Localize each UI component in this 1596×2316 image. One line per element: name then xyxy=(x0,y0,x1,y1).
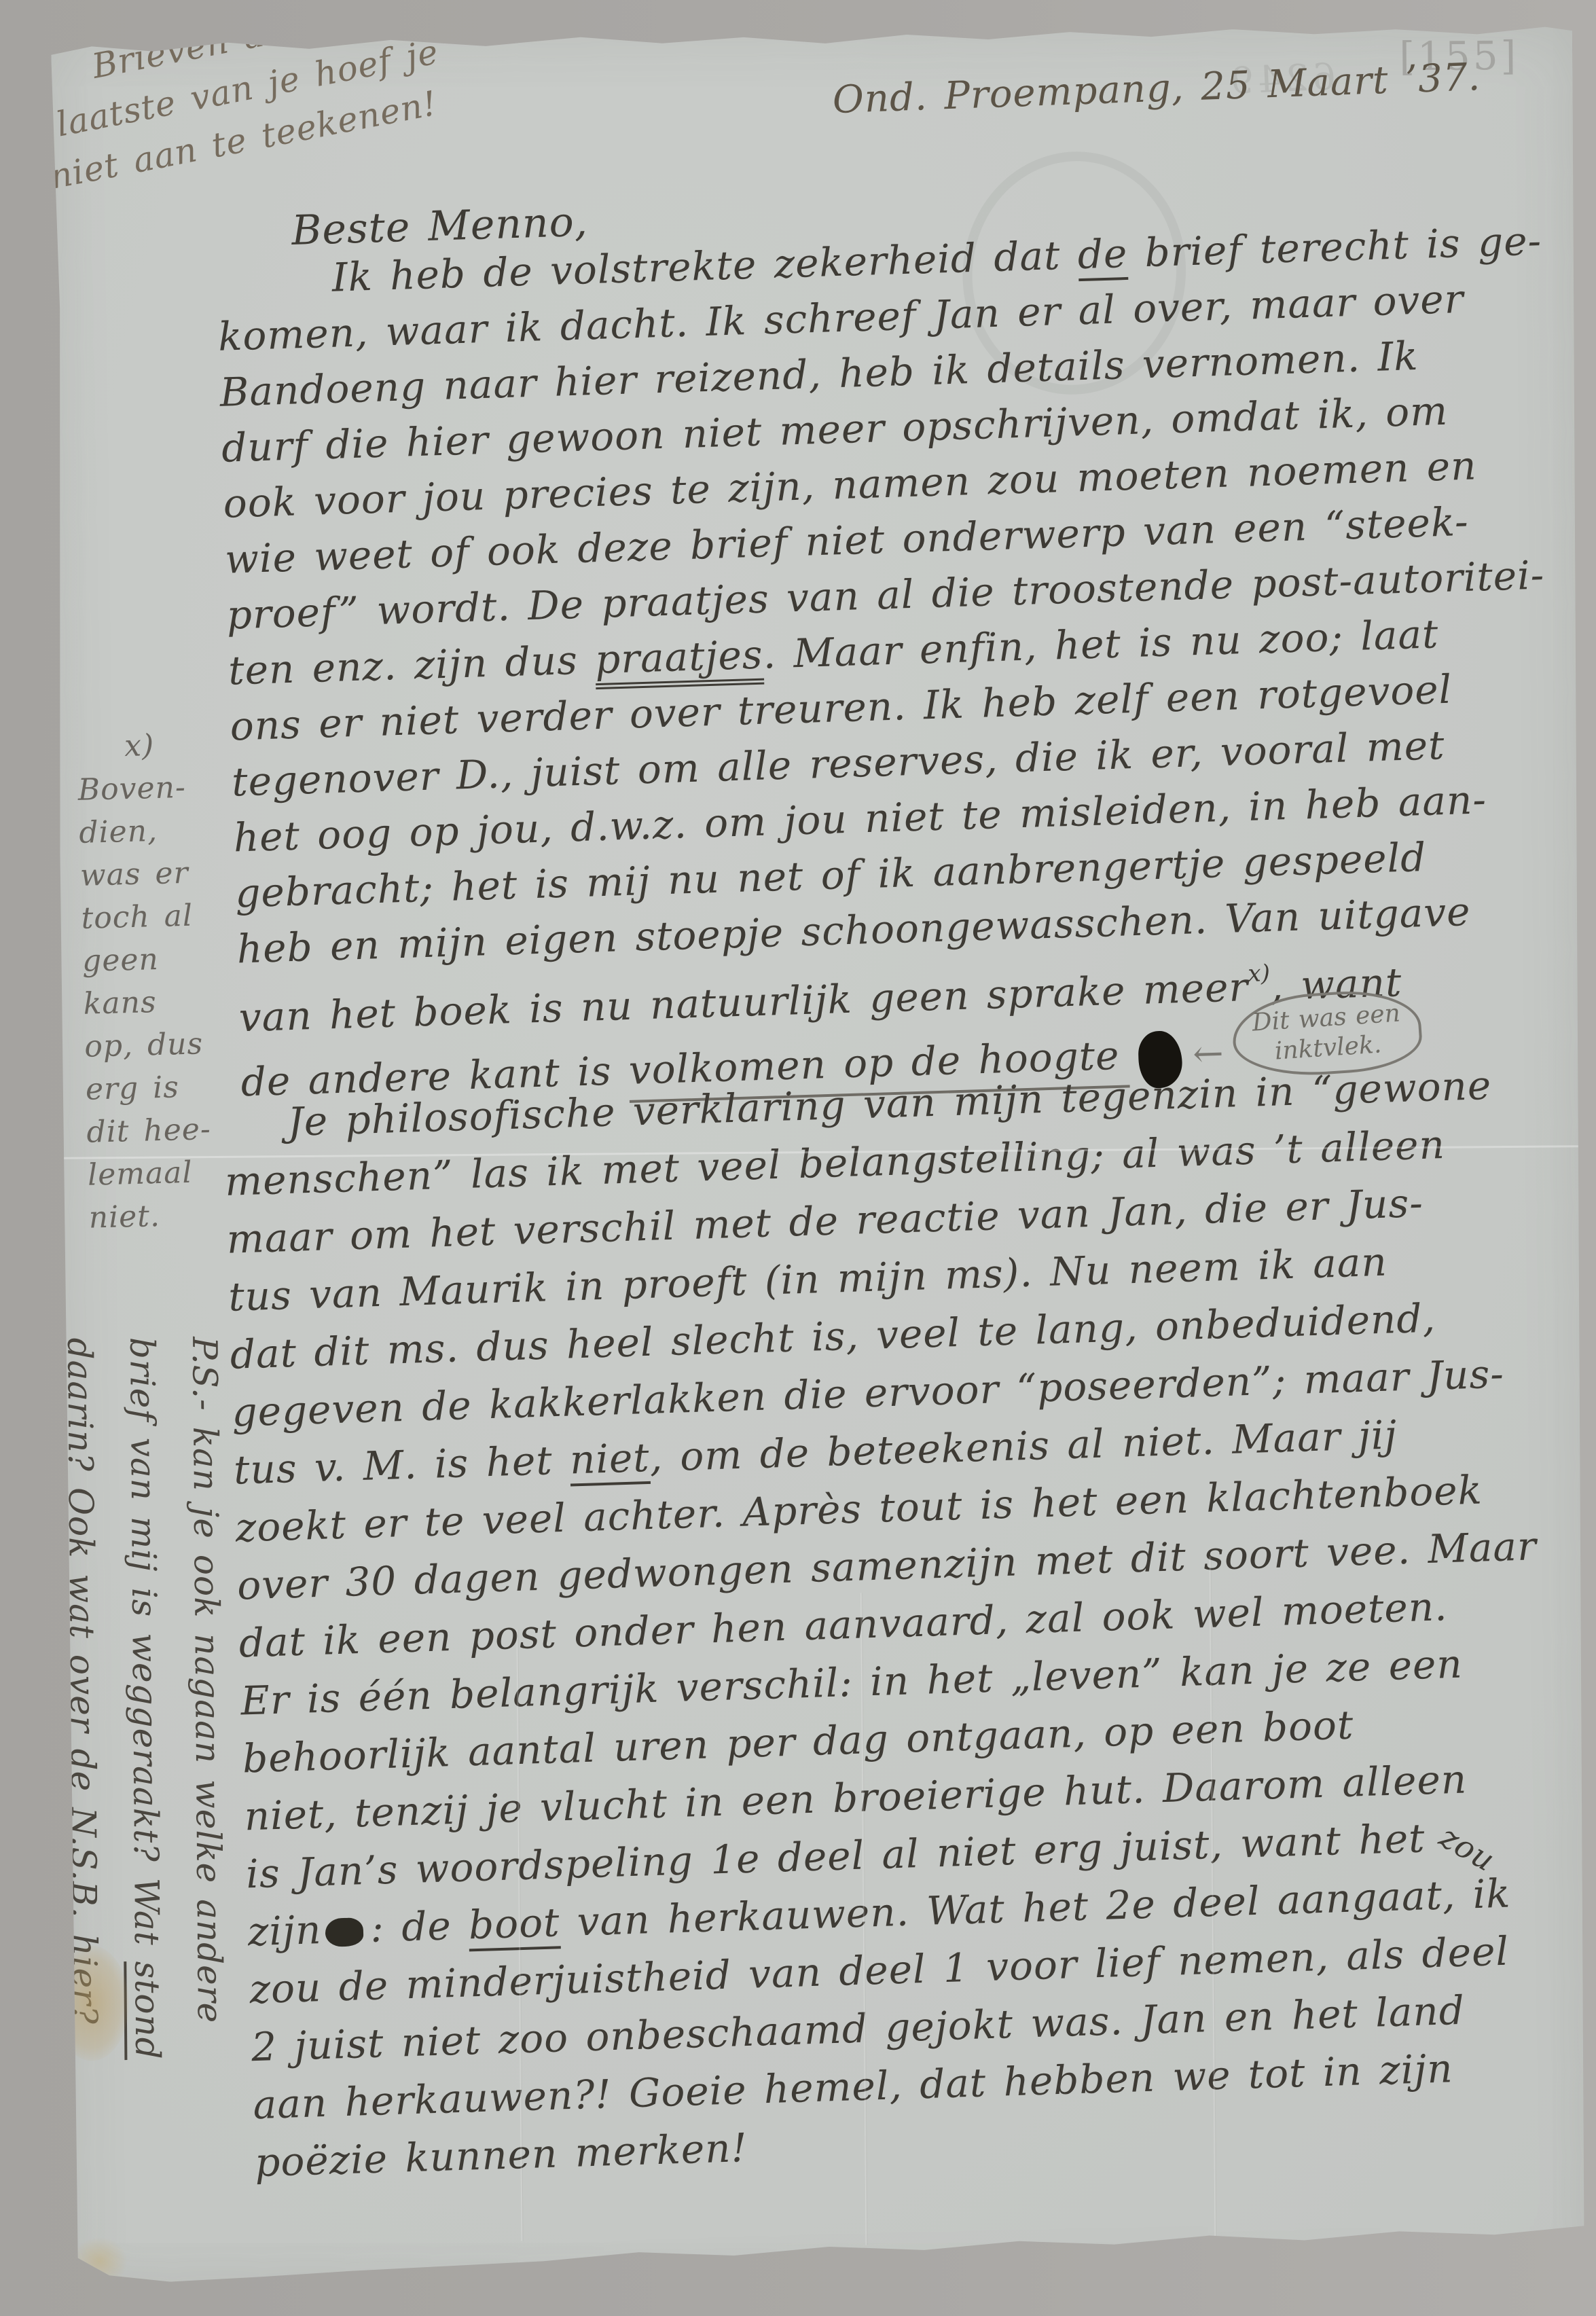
line-text: : de xyxy=(369,1902,469,1951)
underlined-word: stond xyxy=(124,1961,167,2060)
postscript-line: daarin? Ook wat over de N.S.B. hier? xyxy=(48,1337,118,2302)
paper-stain xyxy=(72,2237,127,2285)
postscript-line: brief van mij is weggeraakt? Wat stond xyxy=(111,1337,181,2302)
paragraph-1: Ik heb de volstrekte zekerheid dat de br… xyxy=(216,211,1596,1089)
double-underlined-word: praatjes xyxy=(594,632,764,690)
line-text: brief terecht is ge- xyxy=(1127,217,1542,276)
line-text: tus v. M. is het xyxy=(233,1437,570,1494)
footnote-marker: x) xyxy=(1248,960,1271,988)
postscript-vertical: P.S.- kan je ook nagaan welke andere bri… xyxy=(48,1337,243,2302)
correction-blot xyxy=(325,1917,364,1947)
line-text: zijn xyxy=(247,1906,322,1955)
letter-paper: Brieven als deze laatste van je hoef je … xyxy=(51,25,1590,2286)
footnote-line: geen xyxy=(81,935,259,983)
footnote-line: kans xyxy=(83,978,261,1026)
postscript-line: P.S.- kan je ook nagaan welke andere xyxy=(173,1337,243,2302)
paper-stain xyxy=(54,1945,129,2061)
footnote-line: was er xyxy=(79,850,257,897)
footnote-line: toch al xyxy=(81,892,259,940)
footnote-line: op, dus xyxy=(84,1021,262,1068)
paragraph-2: Je philosofische verklaring van mijn teg… xyxy=(222,1053,1596,2192)
dateline: Ond. Proempang, 25 Maart ’37. xyxy=(832,55,1481,122)
scanner-background: Brieven als deze laatste van je hoef je … xyxy=(0,0,1596,2316)
footnote-marker: x) xyxy=(124,721,254,767)
footnote-line: dien, xyxy=(79,807,257,854)
underlined-word: de xyxy=(1077,230,1129,281)
line-text: ten enz. zijn dus xyxy=(228,636,596,693)
underlined-word: niet xyxy=(569,1434,651,1487)
registration-note: Brieven als deze laatste van je hoef je … xyxy=(61,0,452,196)
footnote-line: Boven- xyxy=(77,764,255,812)
line-text: brief van mij is weggeraakt? Wat xyxy=(122,1337,166,1961)
underlined-word: boot xyxy=(468,1899,560,1951)
